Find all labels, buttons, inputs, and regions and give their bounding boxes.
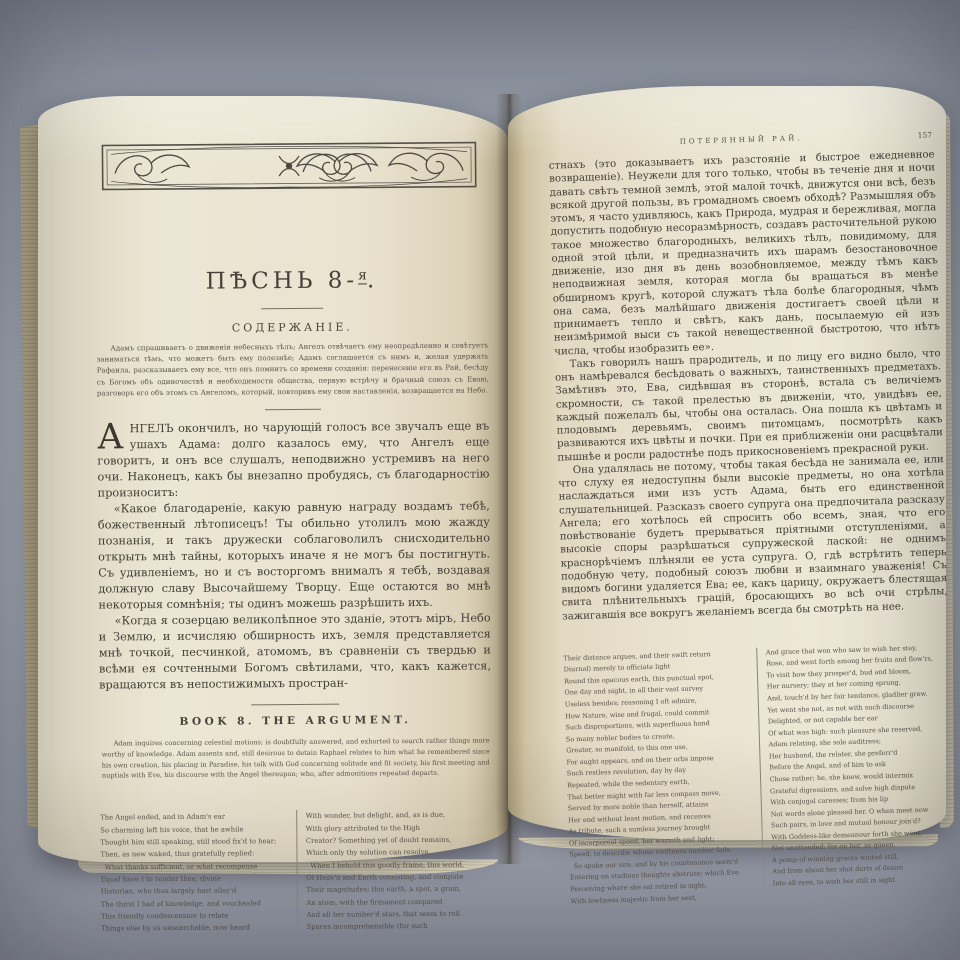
paragraph: Такъ говорилъ нашъ прародитель, и по лиц… — [555, 347, 944, 464]
paragraph: «Когда я созерцаю великолѣпное это здані… — [99, 611, 492, 694]
argument-text: Adam inquires concerning celestial motio… — [102, 736, 490, 782]
verse-column-right: With wonder, but delight, and, as is due… — [306, 809, 493, 934]
canto-paragraphs: НГЕЛЪ окончилъ, но чарующій голосъ все з… — [97, 418, 491, 694]
contents-heading: СОДЕРЖАНІЕ. — [96, 319, 488, 335]
paragraph: Она удалялась не потому, чтобы такая бес… — [558, 453, 949, 623]
left-page-content: ПѢСНЬ 8-я. СОДЕРЖАНІЕ. Адамъ спрашиваетъ… — [95, 140, 493, 935]
running-header-row: ПОТЕРЯННЫЙ РАЙ. 157 — [548, 130, 934, 149]
verse-section: Their distance argues, and their swift r… — [563, 642, 956, 908]
verse-line: Things else by us unsearchable, now hear… — [101, 921, 288, 935]
verse-line: The thirst I had of knowledge, and vouch… — [101, 897, 288, 911]
contents-summary: Адамъ спрашиваетъ о движеніи небесныхъ т… — [96, 340, 488, 399]
divider-rule — [251, 704, 339, 706]
open-book: ПѢСНЬ 8-я. СОДЕРЖАНІЕ. Адамъ спрашиваетъ… — [18, 86, 948, 878]
canto-title: ПѢСНЬ 8-я. — [96, 266, 488, 295]
paragraph: НГЕЛЪ окончилъ, но чарующій голосъ все з… — [97, 418, 490, 501]
page-number: 157 — [918, 130, 933, 139]
verse-line: Thought him still speaking, still stood … — [100, 835, 287, 849]
canto-paragraphs: стнахъ (это доказываетъ ихъ разстояніе и… — [549, 148, 949, 623]
verse-section: The Angel ended, and in Adam's earSo cha… — [100, 809, 493, 936]
canto-ordinal: я — [358, 267, 367, 284]
verse-line: Spaces incomprehensible (for such — [307, 920, 494, 934]
running-header: ПОТЕРЯННЫЙ РАЙ. — [680, 134, 803, 146]
divider-rule — [265, 409, 321, 410]
left-page: ПѢСНЬ 8-я. СОДЕРЖАНІЕ. Адамъ спрашиваетъ… — [38, 96, 508, 862]
column-divider — [756, 648, 765, 902]
canto-text-continued: стнахъ (это доказываетъ ихъ разстояніе и… — [549, 148, 949, 623]
right-page: ПОТЕРЯННЫЙ РАЙ. 157 стнахъ (это доказыва… — [508, 86, 946, 840]
verse-column-left: Their distance argues, and their swift r… — [563, 648, 754, 908]
photo-background: ПѢСНЬ 8-я. СОДЕРЖАНІЕ. Адамъ спрашиваетъ… — [0, 0, 960, 960]
paragraph: стнахъ (это доказываетъ ихъ разстояніе и… — [549, 148, 941, 358]
canto-text: А НГЕЛЪ окончилъ, но чарующій голосъ все… — [97, 418, 491, 694]
drop-cap: А — [97, 421, 130, 451]
paragraph: «Какое благодареніе, какую равную наград… — [98, 499, 491, 614]
verse-column-right: And grace that won who saw to wish her s… — [766, 642, 957, 902]
column-divider — [296, 810, 298, 934]
argument-heading: BOOK 8. THE ARGUMENT. — [99, 714, 491, 729]
verse-column-left: The Angel ended, and in Adam's earSo cha… — [100, 810, 287, 935]
floral-headpiece-ornament — [101, 141, 477, 192]
divider-rule — [261, 308, 323, 309]
right-page-content: ПОТЕРЯННЫЙ РАЙ. 157 стнахъ (это доказыва… — [548, 130, 957, 907]
